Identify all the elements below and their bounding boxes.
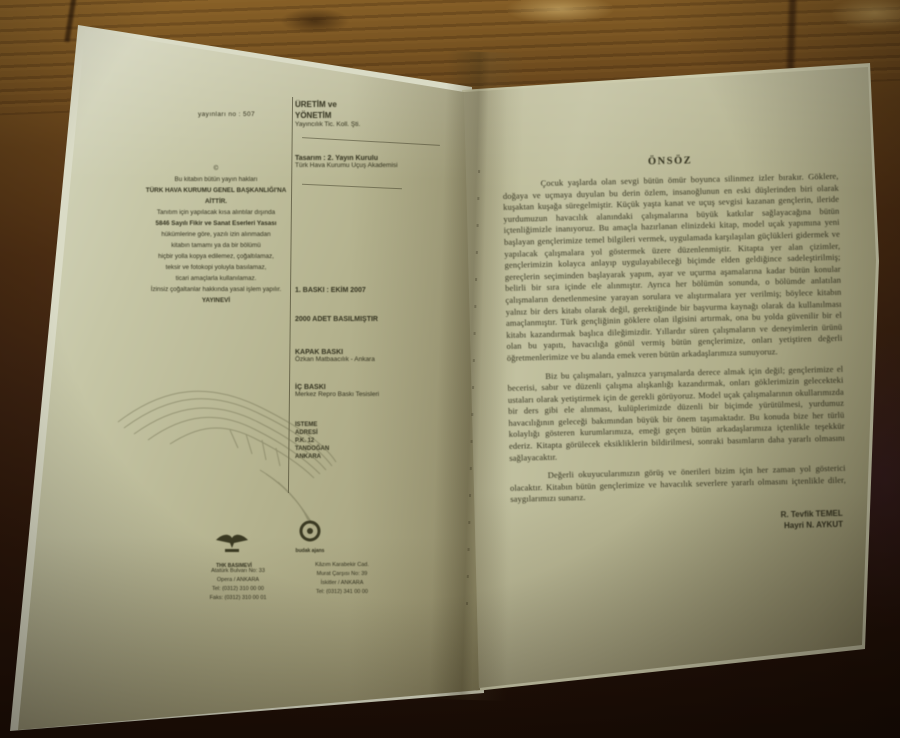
thk-wings-icon bbox=[212, 530, 252, 558]
copyright-line: kitabın tamamı ya da bir bölümü bbox=[142, 240, 290, 251]
horizontal-rule bbox=[302, 184, 402, 190]
publisher-line: Yayıncılık Tic. Koll. Şti. bbox=[295, 121, 425, 128]
address-block-left: Atatürk Bulvarı No: 33 Opera / ANKARA Te… bbox=[168, 567, 308, 603]
wing-sketch bbox=[110, 370, 345, 535]
copyright-line: hiçbir yolla kopya edilemez, çoğaltılama… bbox=[142, 251, 290, 262]
address-line: Atatürk Bulvarı No: 33 bbox=[168, 567, 308, 576]
address-block-right: Kâzım Karabekir Cad. Murat Çarşısı No: 3… bbox=[288, 561, 396, 597]
series-line: Tasarım : 2. Yayın Kurulu bbox=[295, 155, 425, 162]
printer-logo-right: budak ajans bbox=[284, 519, 336, 554]
preface-paragraph: Değerli okuyucularımızın görüş ve öneril… bbox=[510, 463, 847, 506]
address-line: Tel: (0312) 310 00 00 bbox=[168, 585, 308, 594]
printer-logo-caption: budak ajans bbox=[284, 548, 336, 554]
copyright-line: teksir ve fotokopi yoluyla basılamaz, bbox=[142, 262, 290, 273]
address-line: Murat Çarşısı No: 39 bbox=[288, 570, 396, 579]
print-heading: KAPAK BASKI bbox=[295, 349, 425, 356]
copyright-line: Bu kitabın bütün yayın hakları bbox=[142, 174, 290, 185]
copyright-notice: © Bu kitabın bütün yayın hakları TÜRK HA… bbox=[142, 163, 290, 306]
publisher-line: YÖNETİM bbox=[295, 110, 425, 121]
copyright-line: ticari amaçlarla kullanılamaz. bbox=[142, 273, 290, 284]
copyright-line: TÜRK HAVA KURUMU GENEL BAŞKANLIĞI'NA AİT… bbox=[142, 185, 290, 207]
preface-content: ÖNSÖZ Çocuk yaşlarda olan sevgi bütün öm… bbox=[502, 152, 847, 538]
series-line: Türk Hava Kurumu Uçuş Akademisi bbox=[295, 162, 425, 169]
cover-print-block: KAPAK BASKI Özkan Matbaacılık - Ankara bbox=[295, 349, 425, 363]
copyright-line: hükümlerine göre, yazılı izin alınmadan bbox=[142, 229, 290, 240]
address-line: Opera / ANKARA bbox=[168, 576, 308, 585]
ajans-circle-icon bbox=[298, 519, 322, 543]
series-block: Tasarım : 2. Yayın Kurulu Türk Hava Kuru… bbox=[295, 155, 425, 169]
print-value: Özkan Matbaacılık - Ankara bbox=[295, 356, 425, 363]
imprint-note: yayınları no : 507 bbox=[198, 111, 255, 118]
publisher-block: ÜRETİM ve YÖNETİM Yayıncılık Tic. Koll. … bbox=[295, 99, 425, 128]
publisher-line: ÜRETİM ve bbox=[295, 99, 425, 110]
colophon-content: yayınları no : 507 ÜRETİM ve YÖNETİM Yay… bbox=[10, 25, 480, 735]
preface-paragraph: Çocuk yaşlarda olan sevgi bütün ömür boy… bbox=[502, 171, 842, 365]
edition-line: 1. BASKI : EKİM 2007 bbox=[295, 287, 425, 294]
address-line: İskitler / ANKARA bbox=[288, 579, 396, 588]
printer-logo-left: THK BASIMEVİ bbox=[212, 530, 256, 569]
copyright-line: YAYINEVİ bbox=[142, 295, 290, 306]
preface-paragraph: Biz bu çalışmaları, yalnızca yarışmalard… bbox=[507, 363, 845, 464]
address-line: Faks: (0312) 310 00 01 bbox=[168, 594, 308, 603]
address-line: Kâzım Karabekir Cad. bbox=[288, 561, 396, 570]
address-line: Tel: (0312) 341 00 00 bbox=[288, 588, 396, 597]
copyright-line: Tanıtım için yapılacak kısa alıntılar dı… bbox=[142, 207, 290, 218]
print-run-line: 2000 ADET BASILMIŞTIR bbox=[295, 316, 425, 323]
horizontal-rule bbox=[302, 137, 440, 146]
copyright-line: © bbox=[142, 163, 290, 174]
copyright-line: İzinsiz çoğaltanlar hakkında yasal işlem… bbox=[142, 284, 290, 295]
photo-of-open-booklet: yayınları no : 507 ÜRETİM ve YÖNETİM Yay… bbox=[0, 0, 900, 738]
copyright-line: 5846 Sayılı Fikir ve Sanat Eserleri Yasa… bbox=[142, 218, 290, 229]
